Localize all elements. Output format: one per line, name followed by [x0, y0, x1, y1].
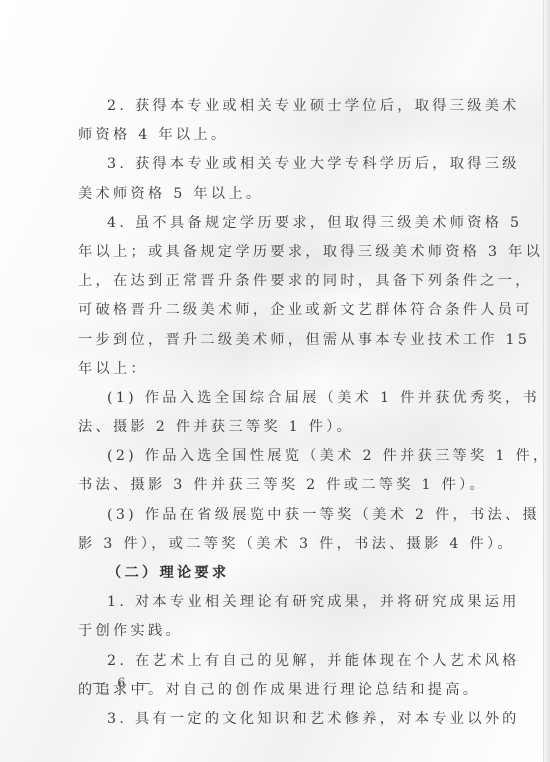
list-item-line: (1) 作品入选全国综合届展（美术 1 件并获优秀奖，书: [78, 384, 478, 413]
scanned-document-page: 2. 获得本专业或相关专业硕士学位后，取得三级美术 师资格 4 年以上。 3. …: [0, 0, 550, 762]
paragraph-line: 一步到位，晋升二级美术师，但需从事本专业技术工作 15: [78, 326, 478, 355]
section-heading: （二）理论要求: [78, 559, 478, 588]
paragraph-line: 3. 具有一定的文化知识和艺术修养，对本专业以外的: [78, 705, 478, 734]
page-number: — 6 —: [92, 676, 155, 691]
paragraph-line: 师资格 4 年以上。: [78, 121, 478, 150]
list-item-line: 书法、摄影 3 件并获三等奖 2 件或二等奖 1 件）。: [78, 471, 478, 500]
paragraph-line: 3. 获得本专业或相关专业大学专科学历后，取得三级: [78, 150, 478, 179]
paragraph-line: 上，在达到正常晋升条件要求的同时，具备下列条件之一，: [78, 267, 478, 296]
paragraph-line: 2. 获得本专业或相关专业硕士学位后，取得三级美术: [78, 92, 478, 121]
paragraph-line: 美术师资格 5 年以上。: [78, 180, 478, 209]
list-item-line: 法、摄影 2 件并获三等奖 1 件）。: [78, 413, 478, 442]
page-edge: [543, 0, 550, 762]
list-item-line: (3) 作品在省级展览中获一等奖（美术 2 件，书法、摄: [78, 501, 478, 530]
document-body: 2. 获得本专业或相关专业硕士学位后，取得三级美术 师资格 4 年以上。 3. …: [78, 92, 478, 734]
paragraph-line: 年以上：: [78, 355, 478, 384]
paragraph-line: 年以上；或具备规定学历要求，取得三级美术师资格 3 年以: [78, 238, 478, 267]
paragraph-line: 4. 虽不具备规定学历要求，但取得三级美术师资格 5: [78, 209, 478, 238]
list-item-line: (2) 作品入选全国性展览（美术 2 件并获三等奖 1 件，: [78, 442, 478, 471]
list-item-line: 影 3 件），或二等奖（美术 3 件，书法、摄影 4 件）。: [78, 530, 478, 559]
paragraph-line: 可破格晋升二级美术师，企业或新文艺群体符合条件人员可: [78, 296, 478, 325]
paragraph-line: 2. 在艺术上有自己的见解，并能体现在个人艺术风格: [78, 647, 478, 676]
paragraph-line: 1. 对本专业相关理论有研究成果，并将研究成果运用: [78, 588, 478, 617]
paragraph-line: 于创作实践。: [78, 617, 478, 646]
